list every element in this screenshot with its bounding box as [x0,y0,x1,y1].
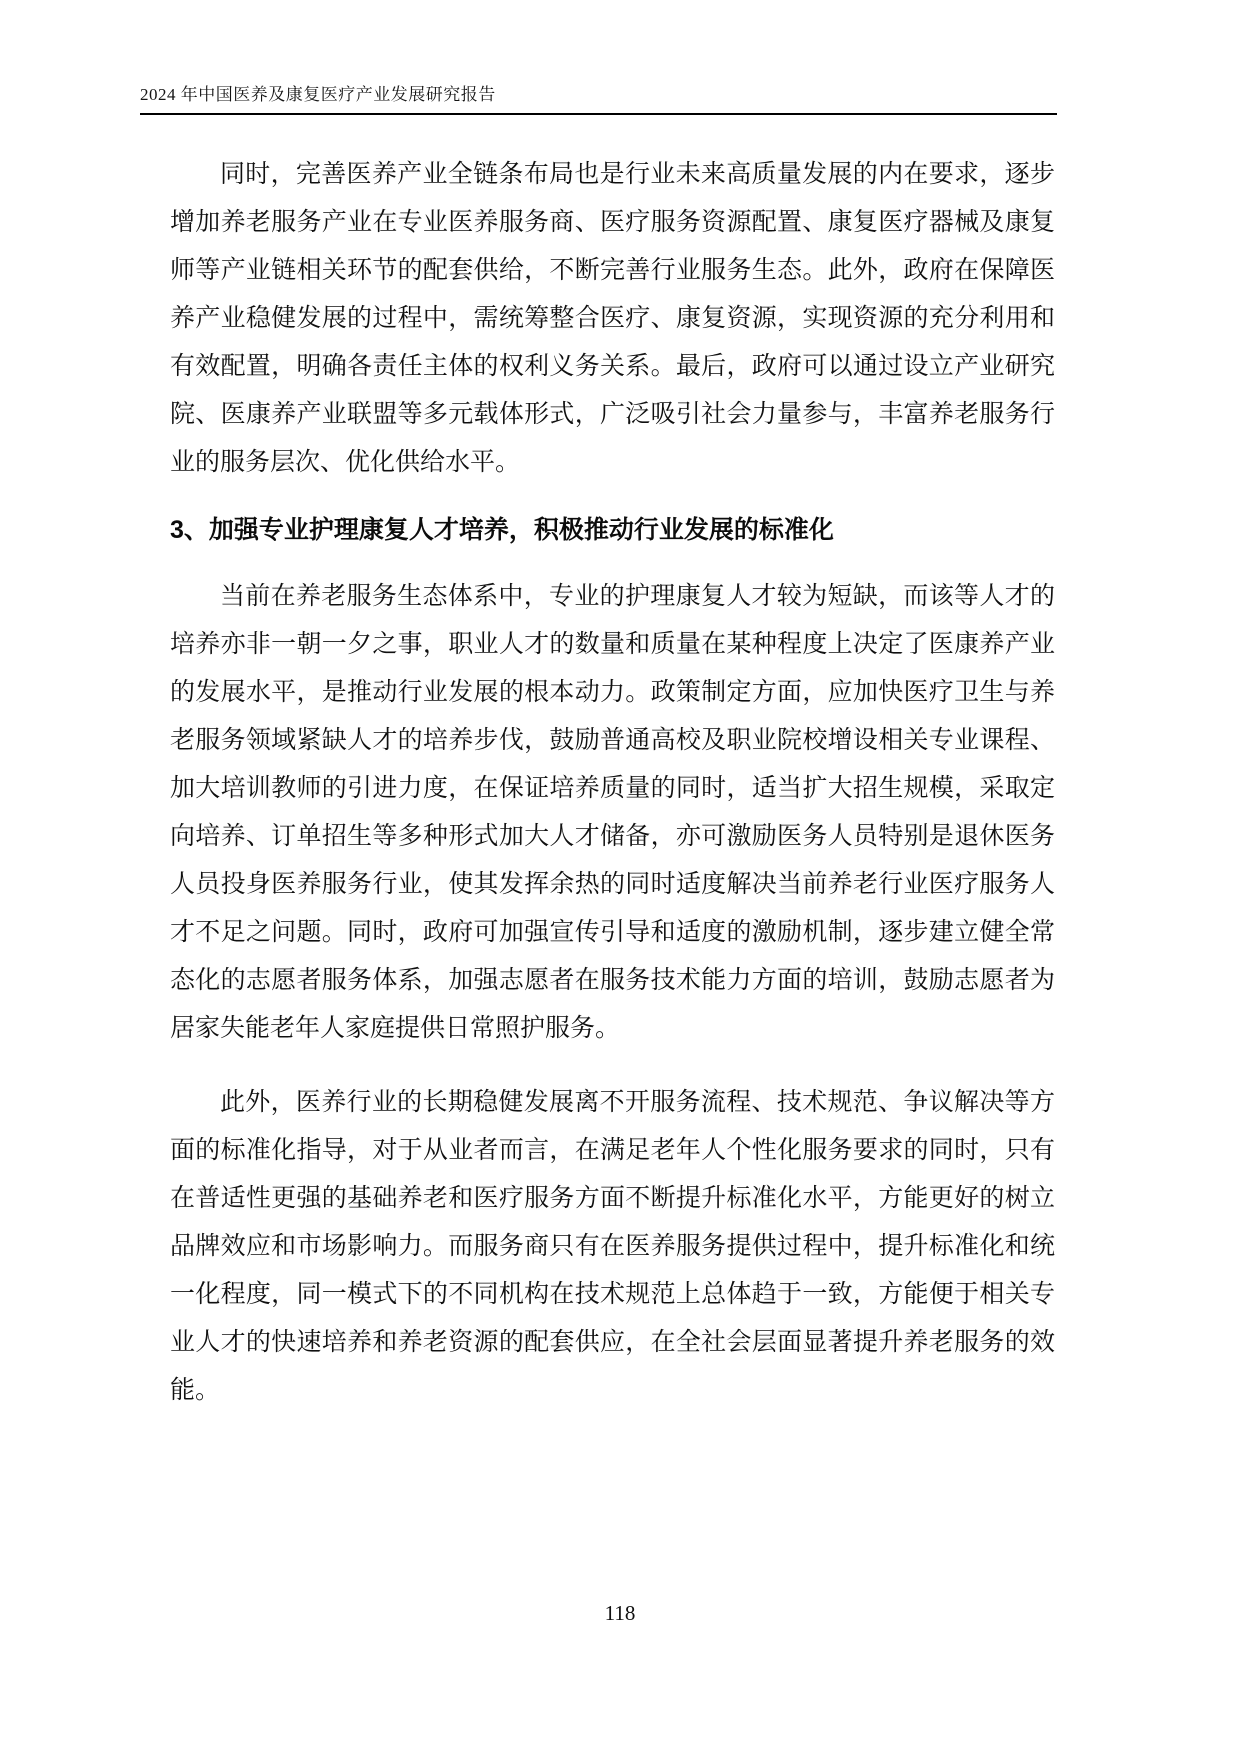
page-header: 2024 年中国医养及康复医疗产业发展研究报告 [140,84,1057,115]
paragraph-talent-cultivation: 当前在养老服务生态体系中，专业的护理康复人才较为短缺，而该等人才的培养亦非一朝一… [170,573,1055,1053]
paragraph-industry-chain-layout: 同时，完善医养产业全链条布局也是行业未来高质量发展的内在要求，逐步增加养老服务产… [170,151,1055,487]
page-number: 118 [605,1601,636,1625]
document-page: 2024 年中国医养及康复医疗产业发展研究报告 同时，完善医养产业全链条布局也是… [0,0,1240,1754]
page-footer: 118 [0,1598,1240,1628]
paragraph-standardization: 此外，医养行业的长期稳健发展离不开服务流程、技术规范、争议解决等方面的标准化指导… [170,1079,1055,1415]
page-header-title: 2024 年中国医养及康复医疗产业发展研究报告 [140,85,496,104]
section-heading-talent-standardization: 3、加强专业护理康复人才培养，积极推动行业发展的标准化 [170,506,1055,554]
